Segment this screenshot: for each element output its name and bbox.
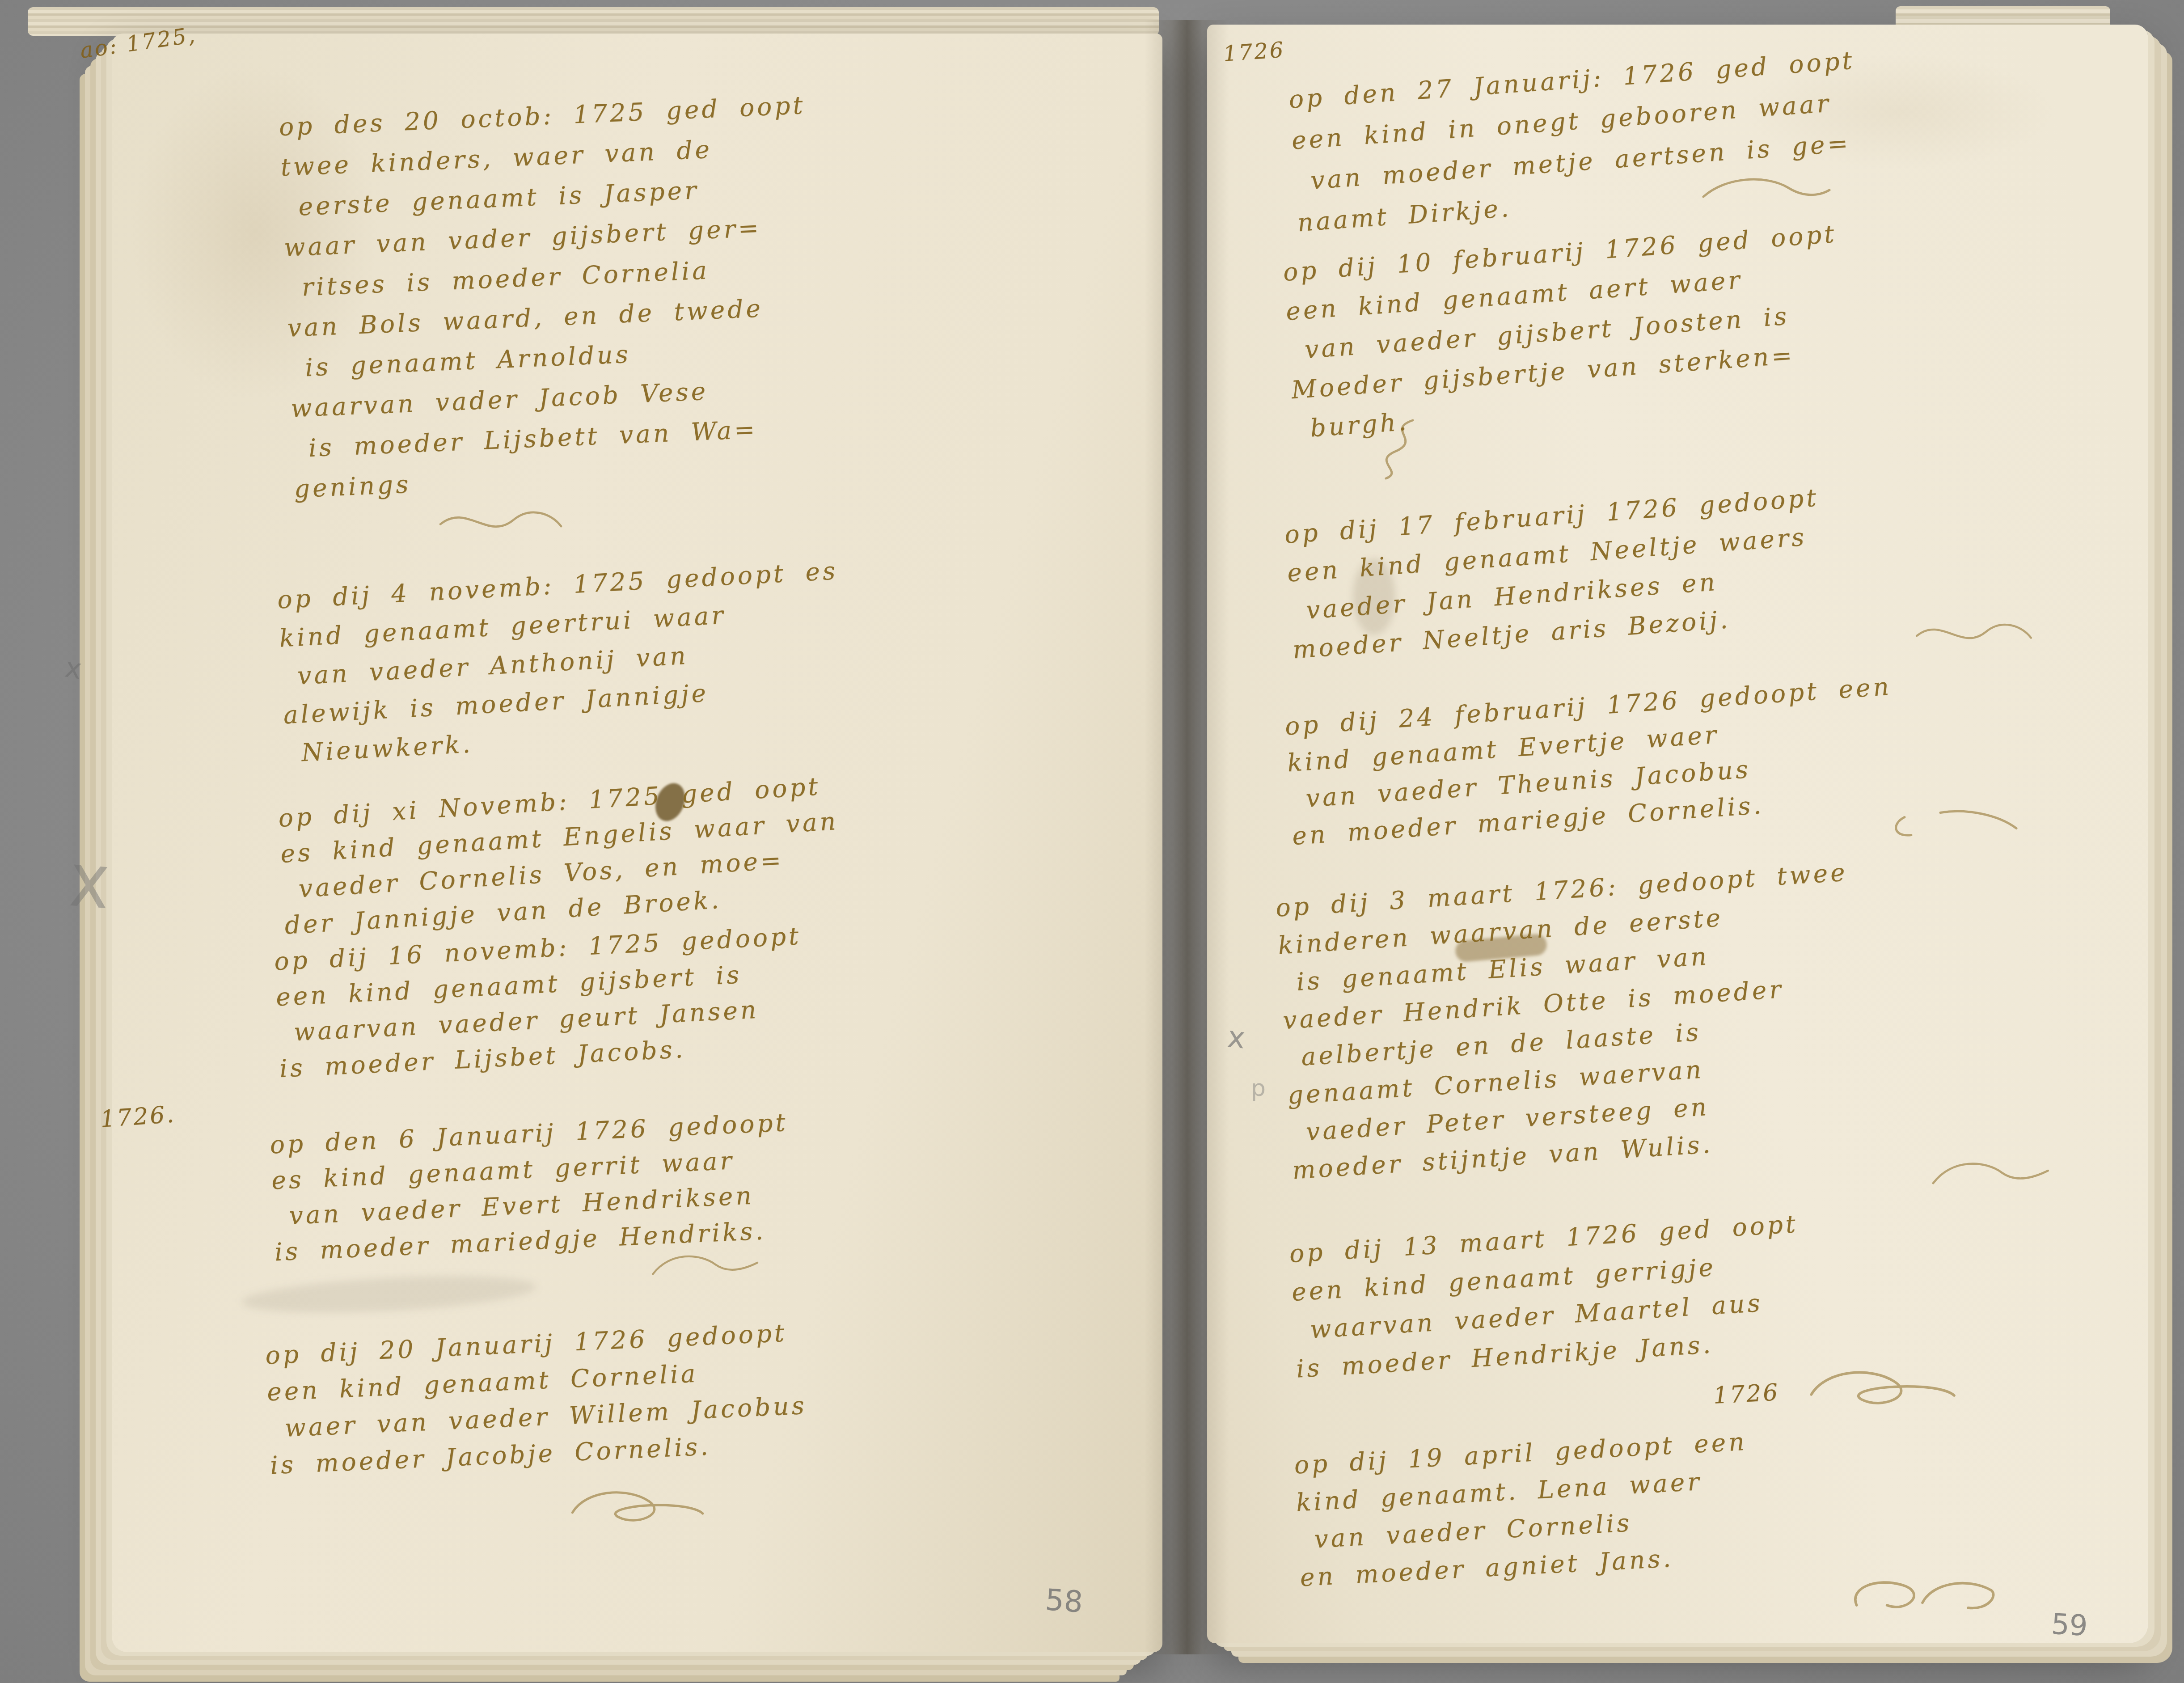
margin-year-note: 1726. [99, 1101, 177, 1133]
pencil-p-mark: p [1251, 1075, 1266, 1102]
pencil-x-mark: x [63, 651, 84, 686]
page-number: 58 [1044, 1582, 1084, 1620]
ink-flourish [1806, 1364, 1958, 1415]
pencil-x-mark: x [67, 836, 112, 926]
book-gutter-shadow [1145, 20, 1229, 1654]
pencil-x-mark: x [1226, 1019, 1247, 1056]
photographed-manuscript-spread: ao: 1725, 1726. op des 20 octob: 1725 ge… [0, 0, 2184, 1683]
book-page-edges-top [28, 7, 1159, 36]
baptism-entry: op dij 3 maart 1726: gedoopt tweekindere… [1275, 837, 2119, 1189]
ink-flourish [644, 1247, 765, 1286]
ink-flourish [1846, 1565, 1998, 1625]
ink-flourish [1914, 613, 2034, 655]
ink-flourish [1359, 416, 1435, 483]
ink-flourish [1927, 1154, 2052, 1196]
page-number: 59 [2050, 1608, 2088, 1643]
ink-flourish [1699, 170, 1833, 215]
margin-year-note: 1726 [1222, 37, 1286, 67]
ink-flourish [568, 1484, 706, 1531]
baptism-entry: op des 20 octob: 1725 ged oopttwee kinde… [278, 72, 1121, 509]
ink-flourish [1887, 800, 2021, 852]
inline-year-note: 1726 [1713, 1379, 1780, 1409]
ink-flourish [416, 501, 586, 543]
